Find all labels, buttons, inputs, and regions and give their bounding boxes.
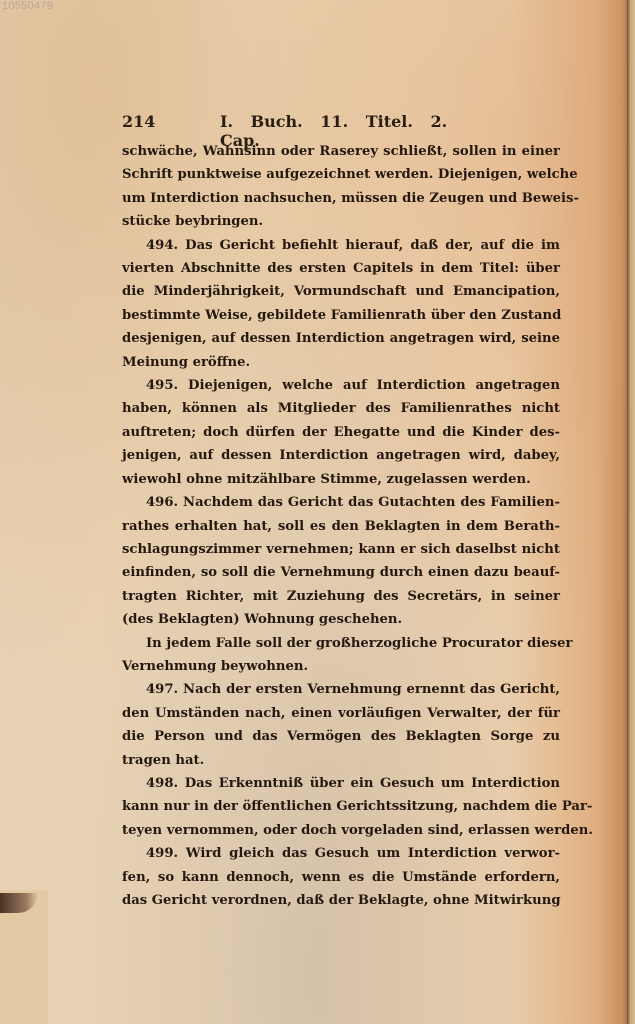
text-line: bestimmte Weise, gebildete Familienrath … (122, 304, 560, 327)
body-text: schwäche, Wahnsinn oder Raserey schließt… (122, 140, 560, 912)
text-line: wiewohl ohne mitzählbare Stimme, zugelas… (122, 468, 560, 491)
text-line: kann nur in der öffentlichen Gerichtssit… (122, 795, 560, 818)
text-line: schlagungszimmer vernehmen; kann er sich… (122, 538, 560, 561)
text-line: die Minderjährigkeit, Vormundschaft und … (122, 280, 560, 303)
page-edge (627, 0, 635, 1024)
text-line: tragten Richter, mit Zuziehung des Secre… (122, 585, 560, 608)
text-line: teyen vernommen, oder doch vorgeladen si… (122, 819, 560, 842)
text-line: schwäche, Wahnsinn oder Raserey schließt… (122, 140, 560, 163)
text-line: tragen hat. (122, 749, 560, 772)
text-line: vierten Abschnitte des ersten Capitels i… (122, 257, 560, 280)
text-line: desjenigen, auf dessen Interdiction ange… (122, 327, 560, 350)
text-line: (des Beklagten) Wohnung geschehen. (122, 608, 560, 631)
paragraph-start-line: 494. Das Gericht befiehlt hierauf, daß d… (122, 234, 560, 257)
page-number: 214 (122, 112, 155, 131)
scan-id: 10550479 (2, 0, 53, 12)
text-line: Vernehmung beywohnen. (122, 655, 560, 678)
text-line: stücke beybringen. (122, 210, 560, 233)
text-line: die Person und das Vermögen des Beklagte… (122, 725, 560, 748)
text-line: fen, so kann dennoch, wenn es die Umstän… (122, 866, 560, 889)
paragraph-start-line: 495. Diejenigen, welche auf Interdiction… (122, 374, 560, 397)
paragraph-start-line: 498. Das Erkenntniß über ein Gesuch um I… (122, 772, 560, 795)
paragraph-start-line: 499. Wird gleich das Gesuch um Interdict… (122, 842, 560, 865)
text-line: haben, können als Mitglieder des Familie… (122, 397, 560, 420)
running-header: 214 I. Buch. 11. Titel. 2. Cap. (122, 112, 502, 134)
text-line: Meinung eröffne. (122, 351, 560, 374)
text-line: um Interdiction nachsuchen, müssen die Z… (122, 187, 560, 210)
text-line: auftreten; doch dürfen der Ehegatte und … (122, 421, 560, 444)
text-line: Schrift punktweise aufgezeichnet werden.… (122, 163, 560, 186)
paragraph-start-line: In jedem Falle soll der großherzogliche … (122, 632, 560, 655)
text-line: den Umständen nach, einen vorläufigen Ve… (122, 702, 560, 725)
text-line: einfinden, so soll die Vernehmung durch … (122, 561, 560, 584)
text-line: jenigen, auf dessen Interdiction angetra… (122, 444, 560, 467)
paragraph-start-line: 496. Nachdem das Gericht das Gutachten d… (122, 491, 560, 514)
text-line: rathes erhalten hat, soll es den Beklagt… (122, 515, 560, 538)
paragraph-start-line: 497. Nach der ersten Vernehmung ernennt … (122, 678, 560, 701)
text-line: das Gericht verordnen, daß der Beklagte,… (122, 889, 560, 912)
